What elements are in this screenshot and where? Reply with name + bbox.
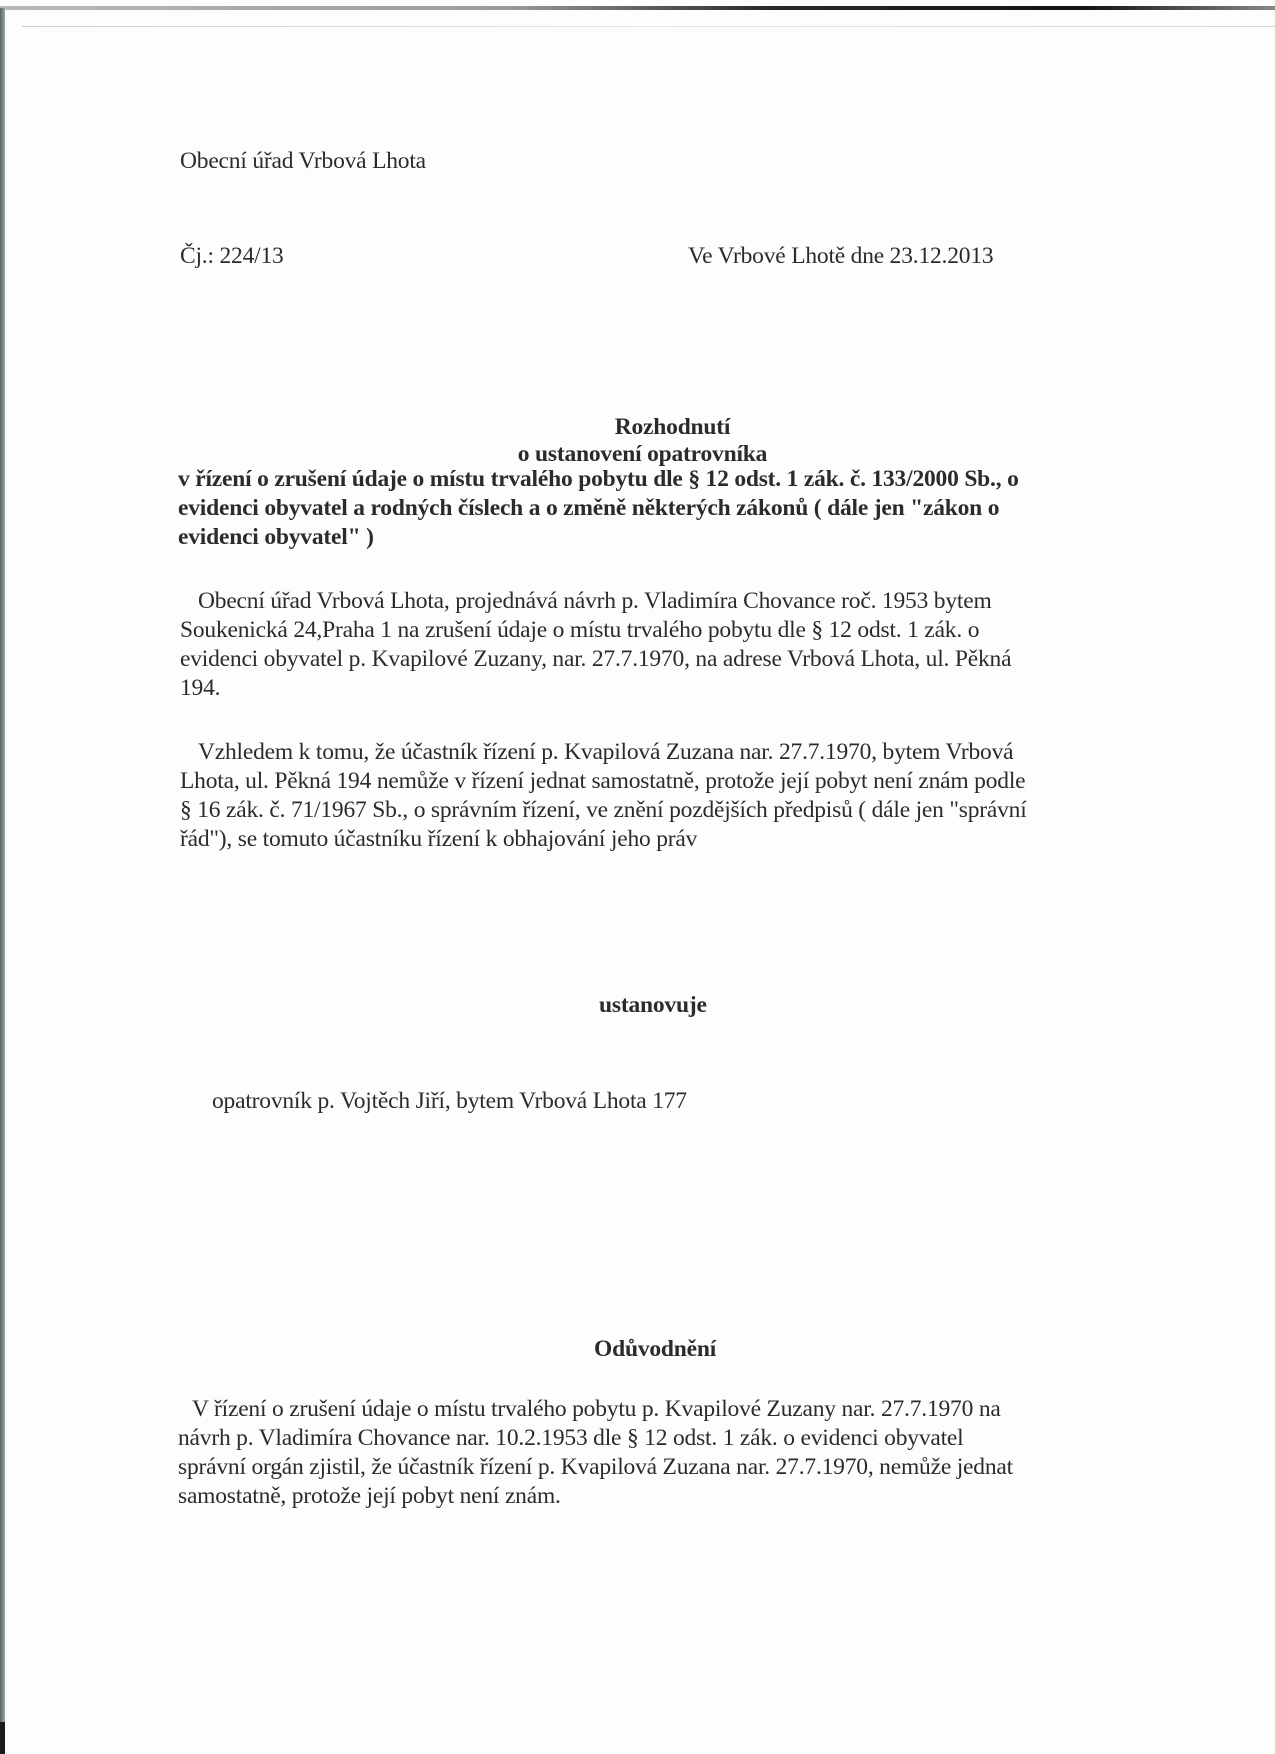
paragraph-line: Soukenická 24,Praha 1 na zrušení údaje o…: [180, 616, 1170, 645]
scan-top-line: [22, 26, 1275, 27]
guardian-appointment: opatrovník p. Vojtěch Jiří, bytem Vrbová…: [212, 1087, 687, 1116]
justification-heading: Odůvodnění: [594, 1335, 716, 1364]
paragraph-line: evidenci obyvatel p. Kvapilové Zuzany, n…: [180, 645, 1170, 674]
paragraph-line: Lhota, ul. Pěkná 194 nemůže v řízení jed…: [180, 767, 1170, 796]
document-title: Rozhodnutí: [0, 413, 1275, 442]
paragraph-line: Obecní úřad Vrbová Lhota, projednává náv…: [180, 587, 1170, 616]
paragraph-line: návrh p. Vladimíra Chovance nar. 10.2.19…: [178, 1424, 1168, 1453]
reason-paragraph: Vzhledem k tomu, že účastník řízení p. K…: [180, 738, 1170, 854]
title-description-line: evidenci obyvatel" ): [178, 523, 1178, 552]
scan-top-edge: [0, 6, 1275, 10]
paragraph-line: správní orgán zjistil, že účastník řízen…: [178, 1453, 1168, 1482]
scan-left-edge: [0, 8, 5, 1754]
reference-number: Čj.: 224/13: [180, 242, 284, 271]
decision-verb: ustanovuje: [599, 991, 707, 1020]
office-name: Obecní úřad Vrbová Lhota: [180, 147, 426, 176]
place-and-date: Ve Vrbové Lhotě dne 23.12.2013: [688, 242, 993, 271]
title-description-line: evidenci obyvatel a rodných číslech a o …: [178, 494, 1178, 523]
paragraph-line: 194.: [180, 674, 1170, 703]
justification-paragraph: V řízení o zrušení údaje o místu trvaléh…: [178, 1395, 1168, 1511]
paragraph-line: § 16 zák. č. 71/1967 Sb., o správním říz…: [180, 796, 1170, 825]
title-description-line: v řízení o zrušení údaje o místu trvaléh…: [178, 465, 1178, 494]
scan-left-dark-mark: [0, 1722, 5, 1754]
paragraph-line: samostatně, protože její pobyt není znám…: [178, 1482, 1168, 1511]
paragraph-line: řád"), se tomuto účastníku řízení k obha…: [180, 825, 1170, 854]
paragraph-line: V řízení o zrušení údaje o místu trvaléh…: [178, 1395, 1168, 1424]
paragraph-line: Vzhledem k tomu, že účastník řízení p. K…: [180, 738, 1170, 767]
proceedings-paragraph: Obecní úřad Vrbová Lhota, projednává náv…: [180, 587, 1170, 703]
title-description: v řízení o zrušení údaje o místu trvaléh…: [178, 465, 1178, 552]
